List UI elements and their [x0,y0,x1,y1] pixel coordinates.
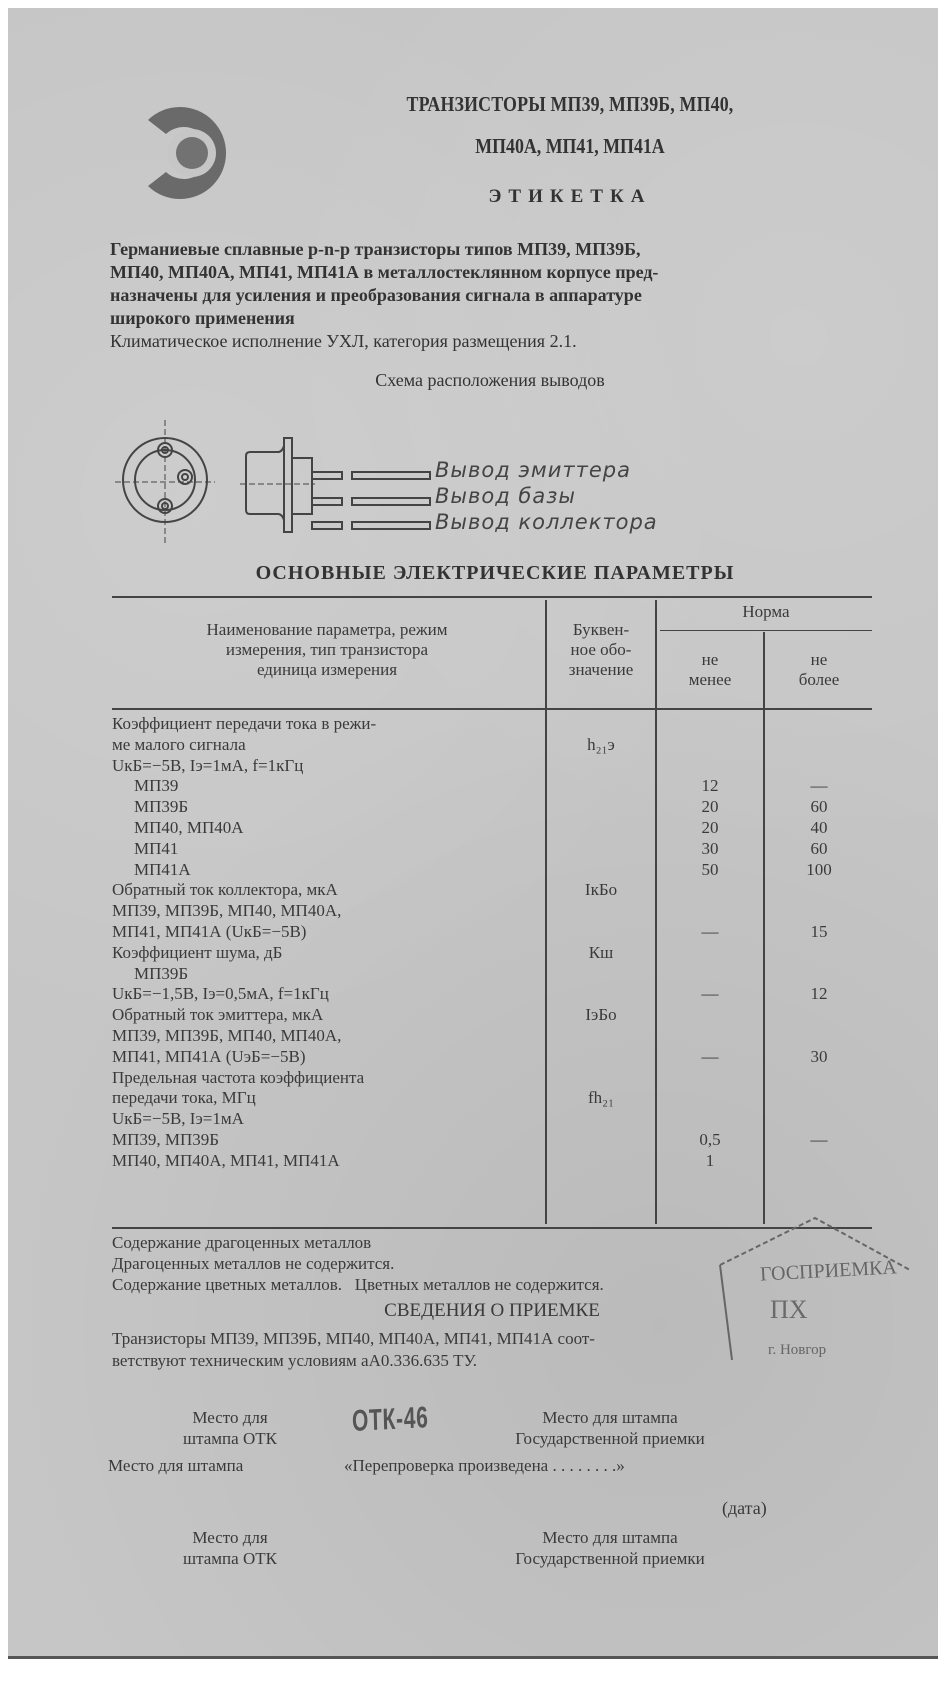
row-parameter-text: МП39, МП39Б [112,1130,542,1150]
manufacturer-logo-icon [140,100,240,206]
header-max: не более [766,650,872,690]
row-symbol: h₂₁э [548,735,654,755]
row-parameter-text: Коэффициент шума, дБ [112,943,542,963]
col-divider [763,632,765,1224]
otk-place-line: штампа ОТК [150,1548,310,1569]
norm-rule [660,630,872,631]
row-parameter-text: МП41, МП41А (UэБ=−5В) [112,1047,542,1067]
document-type: ЭТИКЕТКА [330,186,810,208]
row-min-value: 20 [658,818,762,838]
recheck-text: «Перепроверка произведена . . . . . . . … [344,1455,625,1476]
climate-line: Климатическое исполнение УХЛ, категория … [110,330,870,353]
header-symbol-line: значение [548,660,654,680]
row-min-value: 20 [658,797,762,817]
otk-stamp-place-2: Место для штампа ОТК [150,1527,310,1569]
header-symbol: Буквен- ное обо- значение [548,620,654,680]
row-parameter-text: МП40, МП40А [134,818,564,838]
otk-place-line: штампа ОТК [150,1428,310,1449]
header-max-line: более [766,670,872,690]
row-parameter-text: МП39Б [134,964,564,984]
row-max-value: 40 [766,818,872,838]
gov-place-line: Государственной приемки [460,1428,760,1449]
header-symbol-line: Буквен- [548,620,654,640]
title-line-1: ТРАНЗИСТОРЫ МП39, МП39Б, МП40, [366,92,774,117]
row-parameter-text: МП39 [134,776,564,796]
row-symbol: Кш [548,943,654,963]
col-divider [545,600,547,1224]
stamp-text: г. Новгор [768,1342,826,1359]
row-symbol: IкБо [548,880,654,900]
row-parameter-text: МП41, МП41А (UкБ=−5В) [112,922,542,942]
row-min-value: 1 [658,1151,762,1171]
row-parameter-text: Коэффициент передачи тока в режи- [112,714,542,734]
row-max-value: 60 [766,797,872,817]
title-line-2: МП40А, МП41, МП41А [366,134,774,159]
date-label: (дата) [722,1498,767,1519]
table-header-rule [112,708,872,710]
row-min-value: 50 [658,860,762,880]
intro-line: Германиевые сплавные p-n-p транзисторы т… [110,238,870,261]
row-min-value: 30 [658,839,762,859]
metals-line-1: Содержание драгоценных металлов [112,1232,371,1253]
row-parameter-text: Предельная частота коэффициента [112,1068,542,1088]
gov-stamp-place-2: Место для штампа Государственной приемки [460,1527,760,1569]
gov-place-line: Место для штампа [460,1527,760,1548]
header-name: Наименование параметра, режим измерения,… [112,620,542,680]
header-symbol-line: ное обо- [548,640,654,660]
row-parameter-text: МП39Б [134,797,564,817]
pinout-title: Схема расположения выводов [110,370,870,391]
otk-place-line: Место для [150,1407,310,1428]
row-parameter-text: МП40, МП40А, МП41, МП41А [112,1151,542,1171]
row-parameter-text: МП41 [134,839,564,859]
metals-line-3: Содержание цветных металлов. Цветных мет… [112,1274,604,1295]
row-parameter-text: Обратный ток эмиттера, мкА [112,1005,542,1025]
row-max-value: 12 [766,984,872,1004]
pin-label-collector: Вывод коллектора [435,510,658,534]
gov-place-line: Государственной приемки [460,1548,760,1569]
row-max-value: 15 [766,922,872,942]
intro-line: широкого применения [110,307,870,330]
header-min-line: менее [658,670,762,690]
row-parameter-text: UкБ=−5В, Iэ=1мА, f=1кГц [112,756,542,776]
stamp-outline-icon [700,1210,920,1360]
row-max-value: 30 [766,1047,872,1067]
row-parameter-text: UкБ=−5В, Iэ=1мА [112,1109,542,1129]
pin-label-base: Вывод базы [435,484,576,508]
acceptance-line-1: Транзисторы МП39, МП39Б, МП40, МП40А, МП… [112,1328,595,1349]
header-max-line: не [766,650,872,670]
intro-line: назначены для усиления и преобразования … [110,284,870,307]
row-max-value: 60 [766,839,872,859]
metals-line-2: Драгоценных металлов не содержится. [112,1253,394,1274]
row-min-value: — [658,922,762,942]
header-min-line: не [658,650,762,670]
recheck-stamp-place: Место для штампа [108,1455,243,1476]
gov-stamp-place-1: Место для штампа Государственной приемки [460,1407,760,1449]
row-parameter-text: передачи тока, МГц [112,1088,542,1108]
header-name-line: Наименование параметра, режим [112,620,542,640]
row-parameter-text: UкБ=−1,5В, Iэ=0,5мА, f=1кГц [112,984,542,1004]
pinout-diagram: Вывод эмиттера Вывод базы Вывод коллекто… [110,400,880,550]
row-parameter-text: Обратный ток коллектора, мкА [112,880,542,900]
header-norm: Норма [660,602,872,622]
header-name-line: измерения, тип транзистора [112,640,542,660]
intro-line: МП40, МП40А, МП41, МП41А в металлостекля… [110,261,870,284]
pin-label-emitter: Вывод эмиттера [435,458,631,482]
header-name-line: единица измерения [112,660,542,680]
row-min-value: 0,5 [658,1130,762,1150]
intro-paragraph: Германиевые сплавные p-n-p транзисторы т… [110,238,870,353]
table-top-rule [112,596,872,598]
row-parameter-text: ме малого сигнала [112,735,542,755]
row-symbol: fh₂₁ [548,1088,654,1108]
header-min: не менее [658,650,762,690]
row-min-value: — [658,984,762,1004]
acceptance-line-2: ветствуют техническим условиям аА0.336.6… [112,1350,477,1371]
gov-acceptance-stamp: ГОСПРИЕМКА ПХ г. Новгор [700,1210,920,1360]
col-divider [655,600,657,1224]
row-max-value: — [766,776,872,796]
row-symbol: IэБо [548,1005,654,1025]
row-parameter-text: МП39, МП39Б, МП40, МП40А, [112,901,542,921]
row-parameter-text: МП39, МП39Б, МП40, МП40А, [112,1026,542,1046]
row-max-value: 100 [766,860,872,880]
otk-stamp: ОТК-46 [352,1401,429,1439]
gov-place-line: Место для штампа [460,1407,760,1428]
otk-place-line: Место для [150,1527,310,1548]
row-min-value: 12 [658,776,762,796]
stamp-text: ПХ [770,1295,808,1325]
row-parameter-text: МП41А [134,860,564,880]
params-title: ОСНОВНЫЕ ЭЛЕКТРИЧЕСКИЕ ПАРАМЕТРЫ [110,562,880,585]
otk-stamp-place-1: Место для штампа ОТК [150,1407,310,1449]
row-min-value: — [658,1047,762,1067]
row-max-value: — [766,1130,872,1150]
